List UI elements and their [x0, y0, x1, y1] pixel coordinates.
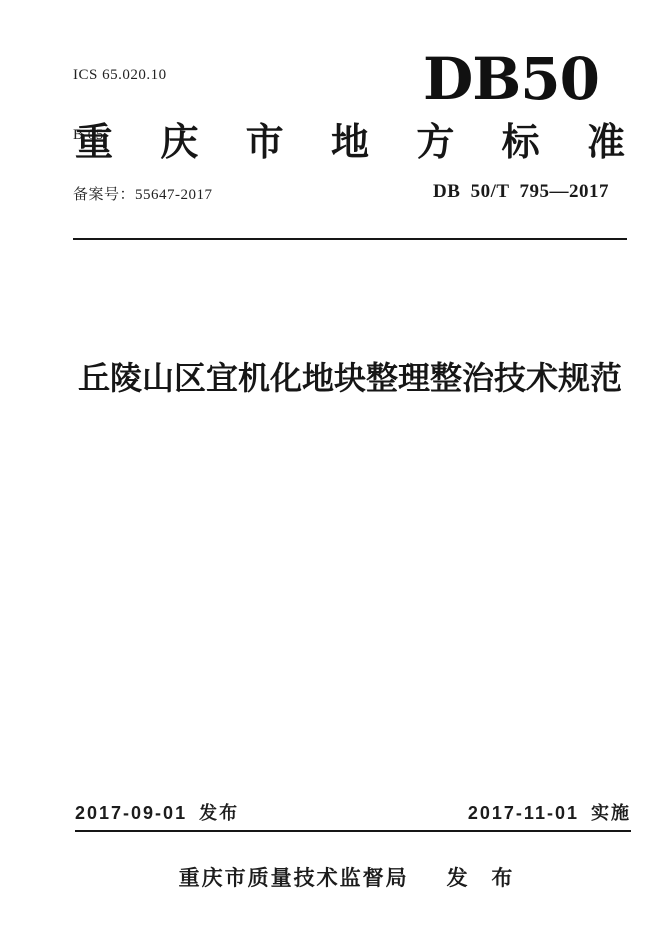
standard-number: DB 50/T 795—2017 — [433, 181, 609, 203]
db50-logotype: DB50 — [423, 50, 599, 108]
standard-type-char: 重 — [75, 124, 113, 162]
standard-type-char: 标 — [502, 124, 540, 162]
implement-date-group: 2017-11-01 实施 — [468, 799, 631, 825]
implement-date: 2017-11-01 — [468, 803, 579, 823]
standard-type-char: 方 — [416, 124, 454, 162]
standard-type-char: 市 — [246, 124, 284, 162]
issuer-row: 重庆市质量技术监督局 发 布 — [73, 862, 627, 892]
standard-type-char: 庆 — [160, 124, 198, 162]
document-title: 丘陵山区宜机化地块整理整治技术规范 — [73, 360, 627, 397]
record-number: 备案号：55647-2017 — [73, 185, 213, 205]
ics-code: ICS 65.020.10 — [73, 65, 213, 85]
publish-date: 2017-09-01 — [75, 803, 187, 823]
issue-action-label: 发 布 — [447, 862, 522, 892]
publish-date-group: 2017-09-01 发布 — [75, 799, 239, 825]
standard-type-char: 地 — [331, 124, 369, 162]
publish-label: 发布 — [199, 803, 239, 823]
dates-row: 2017-09-01 发布 2017-11-01 实施 — [75, 799, 631, 832]
standard-cover-page: ICS 65.020.10 B 05 备案号：55647-2017 DB50 重… — [0, 0, 669, 946]
implement-label: 实施 — [591, 803, 631, 823]
issuer-name: 重庆市质量技术监督局 — [179, 862, 409, 892]
header-divider-line — [73, 238, 627, 240]
standard-type-heading: 重 庆 市 地 方 标 准 — [75, 124, 625, 162]
standard-type-char: 准 — [587, 124, 625, 162]
